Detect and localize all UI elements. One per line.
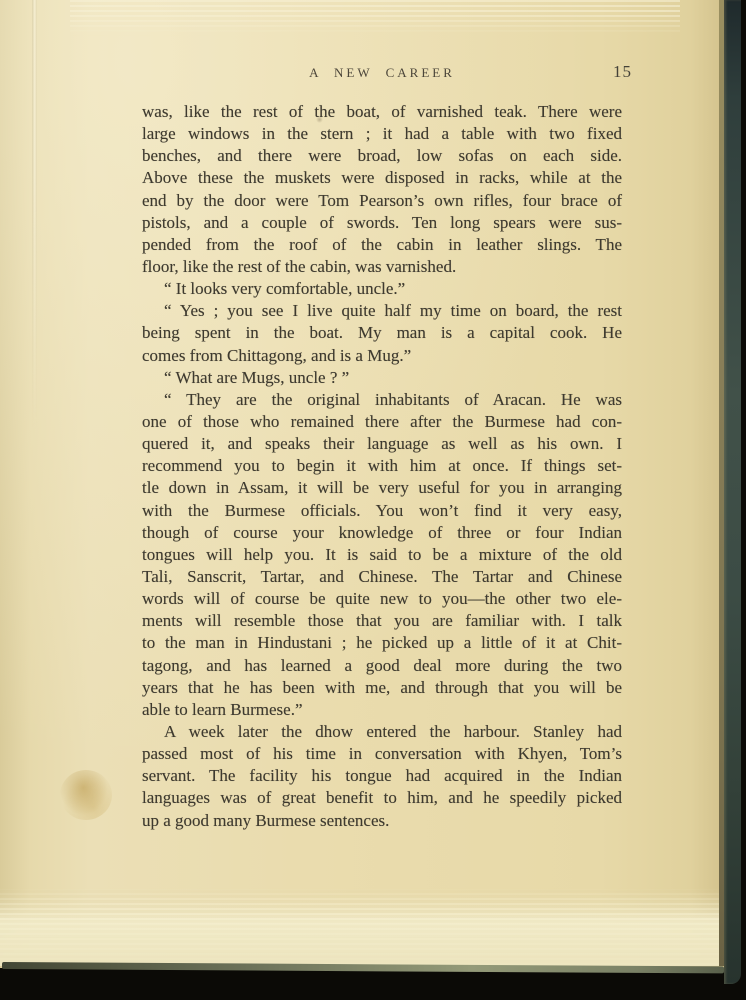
text-line: words will of course be quite new to you…: [142, 588, 622, 610]
text-line: floor, like the rest of the cabin, was v…: [142, 256, 622, 278]
text-line: “ What are Mugs, uncle ? ”: [142, 367, 622, 389]
text-line: tle down in Assam, it will be very usefu…: [142, 477, 622, 499]
text-line: though of course your knowledge of three…: [142, 522, 622, 544]
book-cover-strip: [724, 0, 741, 984]
text-line: able to learn Burmese.”: [142, 699, 622, 721]
text-line: “ Yes ; you see I live quite half my tim…: [142, 300, 622, 322]
text-line: to the man in Hindustani ; he picked up …: [142, 632, 622, 654]
printed-content: A NEW CAREER 15 was, like the rest of th…: [142, 63, 622, 832]
text-line: was, like the rest of the boat, of varni…: [142, 101, 622, 123]
text-line: being spent in the boat. My man is a cap…: [142, 322, 622, 344]
text-line: “ It looks very comfortable, uncle.”: [142, 278, 622, 300]
running-header: A NEW CAREER 15: [142, 63, 622, 83]
paragraph: “ Yes ; you see I live quite half my tim…: [142, 300, 622, 366]
paragraph: was, like the rest of the boat, of varni…: [142, 101, 622, 278]
text-line: Tali, Sanscrit, Tartar, and Chinese. The…: [142, 566, 622, 588]
text-line: Above these the muskets were disposed in…: [142, 167, 622, 189]
text-line: ments will resemble those that you are f…: [142, 610, 622, 632]
paragraph: “ They are the original inhabitants of A…: [142, 389, 622, 721]
paragraph: A week later the dhow entered the harbou…: [142, 721, 622, 832]
book-page: A NEW CAREER 15 was, like the rest of th…: [0, 0, 724, 968]
text-line: recommend you to begin it with him at on…: [142, 455, 622, 477]
text-line: years that he has been with me, and thro…: [142, 677, 622, 699]
paragraph: “ It looks very comfortable, uncle.”: [142, 278, 622, 300]
book-scan: A NEW CAREER 15 was, like the rest of th…: [0, 0, 746, 1000]
chapter-title: A NEW CAREER: [142, 63, 622, 81]
bottom-page-edges: [0, 888, 724, 966]
text-line: languages was of great benefit to him, a…: [142, 787, 622, 809]
page-crease: [32, 0, 37, 430]
text-line: “ They are the original inhabitants of A…: [142, 389, 622, 411]
text-line: benches, and there were broad, low sofas…: [142, 145, 622, 167]
text-line: quered it, and speaks their language as …: [142, 433, 622, 455]
page-number: 15: [613, 62, 632, 82]
top-page-edges: [70, 0, 680, 36]
page-body: was, like the rest of the boat, of varni…: [142, 101, 622, 832]
text-line: A week later the dhow entered the harbou…: [142, 721, 622, 743]
text-line: tagong, and has learned a good deal more…: [142, 655, 622, 677]
foxing-stain: [60, 770, 112, 820]
text-line: passed most of his time in conversation …: [142, 743, 622, 765]
text-line: pistols, and a couple of swords. Ten lon…: [142, 212, 622, 234]
text-line: one of those who remained there after th…: [142, 411, 622, 433]
text-line: end by the door were Tom Pearson’s own r…: [142, 190, 622, 212]
paragraph: “ What are Mugs, uncle ? ”: [142, 367, 622, 389]
text-line: with the Burmese officials. You won’t fi…: [142, 500, 622, 522]
text-line: up a good many Burmese sentences.: [142, 810, 622, 832]
text-line: pended from the roof of the cabin in lea…: [142, 234, 622, 256]
text-line: tongues will help you. It is said to be …: [142, 544, 622, 566]
text-line: servant. The facility his tongue had acq…: [142, 765, 622, 787]
text-line: large windows in the stern ; it had a ta…: [142, 123, 622, 145]
text-line: comes from Chittagong, and is a Mug.”: [142, 345, 622, 367]
